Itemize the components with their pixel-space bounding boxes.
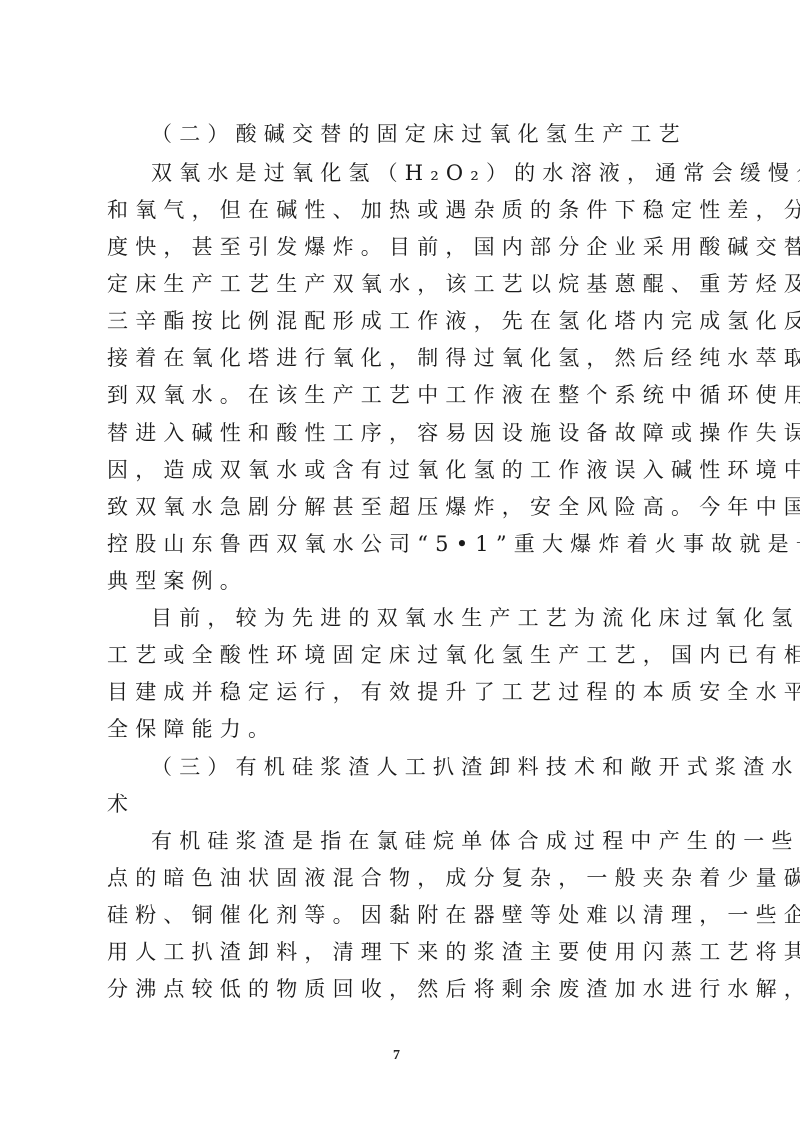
paragraph-line: 和氧气，但在碱性、加热或遇杂质的条件下稳定性差，分解速 xyxy=(107,197,707,223)
section-heading-2: （二）酸碱交替的固定床过氧化氢生产工艺 xyxy=(151,121,751,147)
paragraph-line: 全保障能力。 xyxy=(107,716,707,742)
paragraph-line: 致双氧水急剧分解甚至超压爆炸，安全风险高。今年中国中化 xyxy=(107,494,707,520)
paragraph-line: 硅粉、铜催化剂等。因黏附在器壁等处难以清理，一些企业采 xyxy=(107,902,707,928)
paragraph-line: 三辛酯按比例混配形成工作液，先在氢化塔内完成氢化反应， xyxy=(107,308,707,334)
paragraph-line: 目前，较为先进的双氧水生产工艺为流化床过氧化氢生产 xyxy=(151,605,751,631)
paragraph-line: 有机硅浆渣是指在氯硅烷单体合成过程中产生的一些高沸 xyxy=(151,828,751,854)
paragraph-line: 度快，甚至引发爆炸。目前，国内部分企业采用酸碱交替的固 xyxy=(107,234,707,260)
paragraph-line: 控股山东鲁西双氧水公司“5•1”重大爆炸着火事故就是一起 xyxy=(107,531,707,557)
paragraph-line: 定床生产工艺生产双氧水，该工艺以烷基蒽醌、重芳烃及磷酸 xyxy=(107,271,707,297)
paragraph-line: 用人工扒渣卸料，清理下来的浆渣主要使用闪蒸工艺将其中部 xyxy=(107,939,707,965)
page-number: 7 xyxy=(393,1048,400,1064)
paragraph-line: 工艺或全酸性环境固定床过氧化氢生产工艺，国内已有相关项 xyxy=(107,642,707,668)
paragraph-line: 到双氧水。在该生产工艺中工作液在整个系统中循环使用并交 xyxy=(107,382,707,408)
paragraph-line: 点的暗色油状固液混合物，成分复杂，一般夹杂着少量碳粉、 xyxy=(107,865,707,891)
paragraph-line: 分沸点较低的物质回收，然后将剩余废渣加水进行水解，水解 xyxy=(107,976,707,1002)
paragraph-line: 目建成并稳定运行，有效提升了工艺过程的本质安全水平和安 xyxy=(107,679,707,705)
section-heading-3: （三）有机硅浆渣人工扒渣卸料技术和敞开式浆渣水解技 xyxy=(151,754,751,780)
paragraph-line: 典型案例。 xyxy=(107,568,707,594)
paragraph-line: 替进入碱性和酸性工序，容易因设施设备故障或操作失误等原 xyxy=(107,420,707,446)
paragraph-line: 因，造成双氧水或含有过氧化氢的工作液误入碱性环境中，导 xyxy=(107,457,707,483)
paragraph-line: 双氧水是过氧化氢（H₂O₂）的水溶液，通常会缓慢分解成水 xyxy=(151,160,751,186)
section-heading-3-continued: 术 xyxy=(107,791,707,817)
paragraph-line: 接着在氧化塔进行氧化，制得过氧化氢，然后经纯水萃取后得 xyxy=(107,345,707,371)
document-page: （二）酸碱交替的固定床过氧化氢生产工艺 双氧水是过氧化氢（H₂O₂）的水溶液，通… xyxy=(0,0,800,1131)
